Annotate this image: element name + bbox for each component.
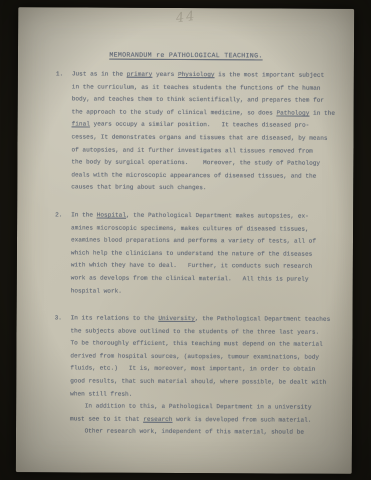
underlined-word: Physiology	[178, 71, 215, 78]
memo-paper: 44 MEMORANDUM re PATHOLOGICAL TEACHING. …	[16, 7, 354, 474]
scanned-photo: 44 MEMORANDUM re PATHOLOGICAL TEACHING. …	[0, 0, 371, 480]
item-number: 3.	[55, 312, 62, 325]
memo-item: 1.Just as in the primary years Physiolog…	[71, 68, 330, 195]
typed-line: the body by surgical operations. Moreove…	[71, 157, 329, 171]
typed-line: cesses, It demonstrates organs and tissu…	[72, 131, 330, 145]
typed-line: To be thoroughly efficient, this teachin…	[70, 338, 328, 352]
typed-line: In its relations to the University, the …	[71, 312, 329, 326]
memo-item: 3.In its relations to the University, th…	[70, 312, 329, 439]
typed-line: good results, that such material should,…	[70, 375, 328, 389]
pencil-page-number: 44	[175, 9, 197, 27]
underlined-word: Pathology	[276, 109, 309, 116]
memo-body: 1.Just as in the primary years Physiolog…	[70, 68, 330, 439]
typed-line: body, and teaches them to think scientif…	[72, 94, 330, 108]
typed-line: In the Hospital, the Pathological Depart…	[71, 209, 329, 223]
typed-line: with which they have to deal. Further, i…	[71, 260, 329, 274]
typed-line: work as develops from the clinical mater…	[71, 272, 329, 286]
underlined-word: Hospital	[97, 211, 126, 218]
item-number: 2.	[55, 209, 62, 222]
underlined-word: final	[72, 121, 90, 128]
typed-line: causes that bring about such changes.	[71, 182, 329, 196]
memo-item: 2.In the Hospital, the Pathological Depa…	[71, 209, 329, 299]
underlined-word: primary	[127, 71, 153, 78]
typed-line: In addition to this, a Pathological Depa…	[70, 401, 328, 415]
underlined-word: research	[143, 416, 172, 423]
underlined-word: University	[158, 315, 195, 322]
typed-line: hospital work.	[71, 285, 329, 299]
typed-line: examines blood preparations and performs…	[71, 235, 329, 249]
item-number: 1.	[56, 68, 63, 81]
typed-line: Just as in the primary years Physiology …	[72, 68, 330, 82]
typed-line: Other research work, independent of this…	[70, 426, 328, 440]
memo-title: MEMORANDUM re PATHOLOGICAL TEACHING.	[18, 51, 354, 60]
